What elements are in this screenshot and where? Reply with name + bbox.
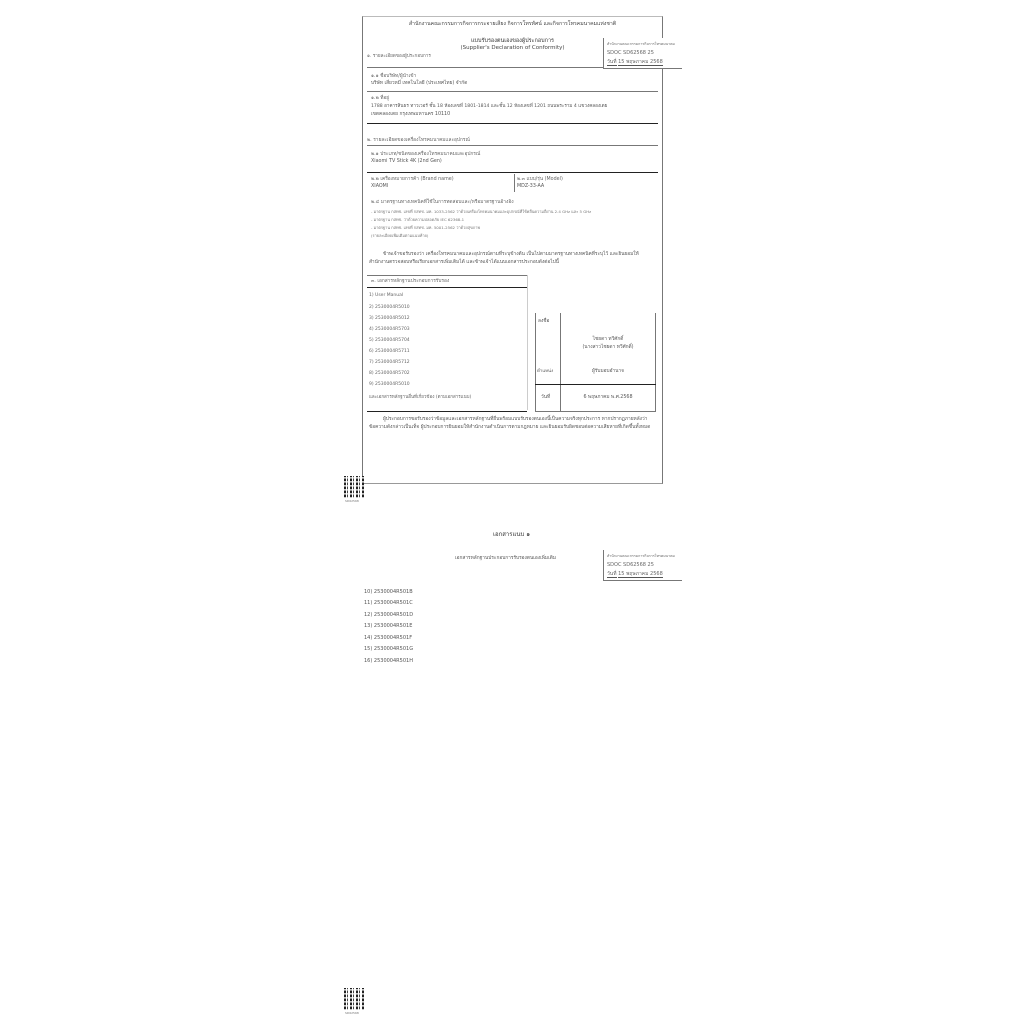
divider <box>367 145 658 146</box>
model-label: ๒.๓ แบบ/รุ่น (Model) <box>517 177 563 183</box>
standard-line: - มาตรฐาน กสทช. เลขที่ กสทช. มท. 1033-25… <box>371 209 591 215</box>
attachment-item: 4) 2530004R5703 <box>369 327 410 332</box>
sign-label: ลงชื่อ <box>538 319 549 325</box>
footer-paragraph: ผู้ประกอบการขอรับรองว่าข้อมูลและเอกสารหล… <box>369 416 659 432</box>
attachments-header: ๓. เอกสารหลักฐานประกอบการรับรอง <box>371 279 449 285</box>
annex-item: 11) 2530004R501C <box>364 600 413 606</box>
agency-name: สำนักงานคณะกรรมการกิจการกระจายเสียง กิจก… <box>363 21 662 27</box>
section-2-header: ๒. รายละเอียดของเครื่องโทรคมนาคมและอุปกร… <box>367 138 470 144</box>
annex-item: 12) 2530004R501D <box>364 612 413 618</box>
standards-label: ๒.๔ มาตรฐานทางเทคนิคที่ใช้ในการทดสอบและ/… <box>371 200 514 206</box>
divider <box>527 275 528 410</box>
address-label: ๑.๒ ที่อยู่ <box>371 96 389 102</box>
stamp-code: SDOC SD62568 25 <box>607 50 654 56</box>
annex-title: เอกสารแนบ ๑ <box>362 529 661 539</box>
annex-item: 14) 2530004R501F <box>364 635 412 641</box>
date-label: วันที่ <box>541 395 550 401</box>
annex-item: 16) 2530004R501H <box>364 658 413 664</box>
position-label: ตำแหน่ง <box>537 369 553 375</box>
sign-date: 6 พฤษภาคม พ.ศ.2568 <box>561 395 655 401</box>
standard-line: (รายละเอียดเพิ่มเติมตามแนบท้าย) <box>371 233 428 239</box>
product-type-label: ๒.๑ ประเภท/ชนิดของเครื่องโทรคมนาคมและอุป… <box>371 152 480 158</box>
annex-item: 15) 2530004R501G <box>364 646 413 652</box>
brand-label: ๒.๒ เครื่องหมายการค้า (Brand name) <box>371 177 454 183</box>
annex-subtitle: เอกสารหลักฐานประกอบการรับรองตนเองเพิ่มเต… <box>455 554 556 562</box>
stamp-office: สำนักงานคณะกรรมการกิจการโทรคมนาคม <box>607 553 675 559</box>
divider <box>514 174 515 192</box>
stamp-date: วันที่ 15 พฤษภาคม 2568 <box>607 58 663 66</box>
qr-code-icon <box>344 988 364 1010</box>
attachment-item: และเอกสารหลักฐานอื่นที่เกี่ยวข้อง (ตามเอ… <box>369 393 471 400</box>
divider <box>655 313 656 411</box>
divider <box>367 172 658 173</box>
divider <box>535 313 536 411</box>
sdoc-stamp: สำนักงานคณะกรรมการกิจการโทรคมนาคม SDOC S… <box>603 550 682 581</box>
model-value: MDZ-33-AA <box>517 184 544 190</box>
qr-caption: SD62568 <box>345 499 359 503</box>
declaration-page-1: สำนักงานคณะกรรมการกิจการกระจายเสียง กิจก… <box>362 16 663 484</box>
divider <box>367 123 658 124</box>
stamp-office: สำนักงานคณะกรรมการกิจการโทรคมนาคม <box>607 41 675 47</box>
company-name: บริษัท เสี่ยวหมี่ เทคโนโลยี (ประเทศไทย) … <box>371 81 467 87</box>
attachment-item: 5) 2530004R5704 <box>369 338 410 343</box>
standard-line: - มาตรฐาน กสทช. ว่าด้วยความปลอดภัย IEC 6… <box>371 217 464 223</box>
address-line-1: 1788 อาคารสินธร ทาวเวอร์ ชั้น 18 ห้องเลข… <box>371 104 607 110</box>
address-line-2: เขตคลองเตย กรุงเทพมหานคร 10110 <box>371 112 450 118</box>
section-1-header: ๑. รายละเอียดของผู้ประกอบการ <box>367 54 431 60</box>
product-type-value: Xiaomi TV Stick 4K (2nd Gen) <box>371 159 442 165</box>
attachment-item: 8) 2530004R5702 <box>369 371 410 376</box>
attachment-item: 1) User Manual <box>369 293 403 298</box>
divider <box>535 384 656 385</box>
signer-name-full: (นางสาวไชยดา ทวีศักดิ์) <box>561 345 655 351</box>
attachment-item: 7) 2530004R5712 <box>369 360 410 365</box>
company-label: ๑.๑ ชื่อบริษัท/ผู้นำเข้า <box>371 74 416 80</box>
sdoc-stamp: สำนักงานคณะกรรมการกิจการโทรคมนาคม SDOC S… <box>603 38 682 69</box>
annex-item: 10) 2530004R501B <box>364 589 413 595</box>
qr-code-icon <box>344 476 364 498</box>
divider <box>535 411 656 412</box>
stamp-date: วันที่ 15 พฤษภาคม 2568 <box>607 570 663 578</box>
attachment-item: 3) 2530004R5012 <box>369 316 410 321</box>
divider <box>367 91 658 92</box>
qr-caption: SD62568 <box>345 1011 359 1015</box>
annex-item: 13) 2530004R501E <box>364 623 412 629</box>
divider <box>367 411 527 412</box>
attachment-item: 6) 2530004R5711 <box>369 349 410 354</box>
declaration-paragraph: ข้าพเจ้าขอรับรองว่า เครื่องโทรคมนาคมและอ… <box>369 251 657 267</box>
stamp-code: SDOC SD62568 25 <box>607 562 654 568</box>
signer-position: ผู้รับมอบอำนาจ <box>561 369 655 375</box>
divider <box>367 287 527 288</box>
attachment-item: 2) 2530004R5010 <box>369 305 410 310</box>
attachment-item: 9) 2530004R5010 <box>369 382 410 387</box>
brand-value: XIAOMI <box>371 184 388 190</box>
divider <box>367 275 527 276</box>
signer-name: ไชยดา ทวีศักดิ์ <box>561 337 655 343</box>
standard-line: - มาตรฐาน กสทช. เลขที่ กสทช. มท. 5001-25… <box>371 225 480 231</box>
